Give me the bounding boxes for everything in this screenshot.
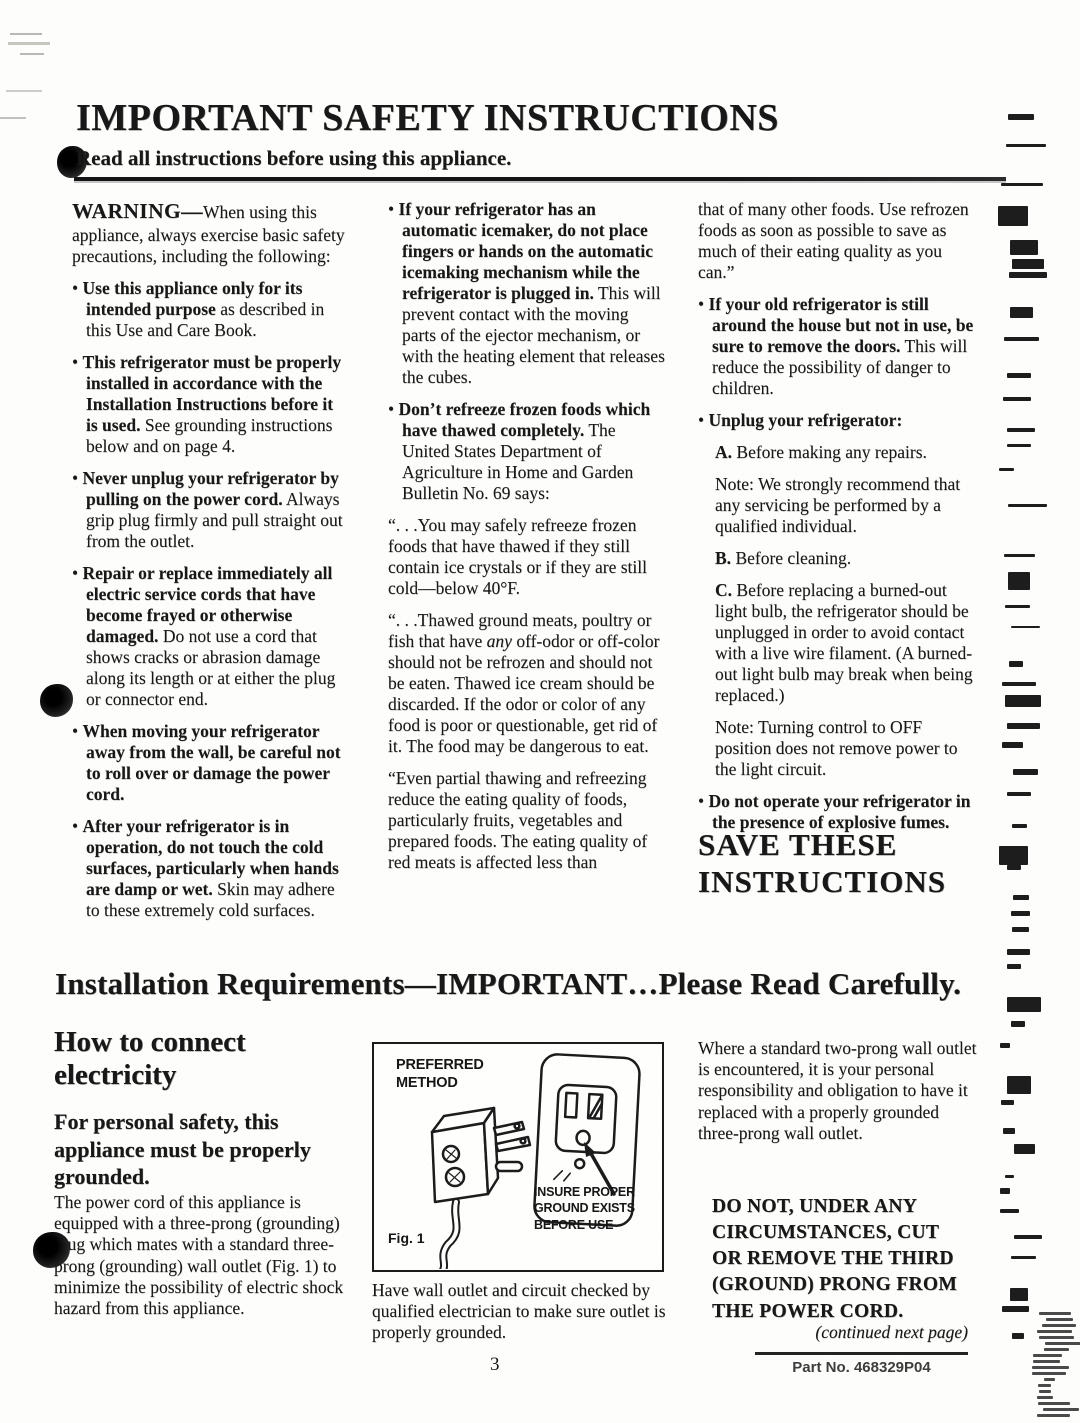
manual-page: IMPORTANT SAFETY INSTRUCTIONS Read all i… bbox=[0, 0, 1080, 1423]
how-to-connect-heading: How to connect electricity bbox=[54, 1026, 274, 1093]
figure-caption: Fig. 1 bbox=[388, 1230, 425, 1246]
safety-paragraph: “. . .Thawed ground meats, poultry or fi… bbox=[388, 610, 666, 757]
safety-paragraph: C. Before replacing a burned-out light b… bbox=[715, 580, 974, 706]
safety-paragraph: • Use this appliance only for its intend… bbox=[72, 278, 346, 341]
header-divider bbox=[74, 177, 1006, 181]
safety-paragraph: • This refrigerator must be properly ins… bbox=[72, 352, 346, 457]
scan-artifact bbox=[10, 33, 42, 35]
scan-artifact bbox=[0, 117, 26, 119]
ink-smudge bbox=[40, 684, 73, 717]
scan-artifact bbox=[6, 90, 42, 92]
grounding-body-text: The power cord of this appliance is equi… bbox=[54, 1192, 368, 1319]
safety-paragraph: • When moving your refrigerator away fro… bbox=[72, 721, 346, 805]
safety-column-right: that of many other foods. Use refrozen f… bbox=[698, 199, 974, 844]
safety-paragraph: Note: Turning control to OFF position do… bbox=[715, 717, 974, 780]
safety-paragraph: • If your old refrigerator is still arou… bbox=[698, 294, 974, 399]
safety-paragraph: that of many other foods. Use refrozen f… bbox=[698, 199, 974, 283]
scan-noise-bottom-right bbox=[1032, 1312, 1078, 1420]
figure-note-text: Have wall outlet and circuit checked by … bbox=[372, 1280, 672, 1344]
page-title: IMPORTANT SAFETY INSTRUCTIONS bbox=[76, 96, 779, 140]
safety-paragraph: “Even partial thawing and refreezing red… bbox=[388, 768, 666, 873]
installation-section-heading: Installation Requirements—IMPORTANT…Plea… bbox=[55, 966, 1015, 1002]
safety-paragraph: B. Before cleaning. bbox=[715, 548, 974, 569]
save-instructions-heading: SAVE THESE INSTRUCTIONS bbox=[698, 826, 988, 900]
safety-paragraph: • Repair or replace immediately all elec… bbox=[72, 563, 346, 710]
two-prong-outlet-body-text: Where a standard two-prong wall outlet i… bbox=[698, 1038, 982, 1144]
figure-label-preferred-method: PREFERRED METHOD bbox=[396, 1056, 496, 1092]
safety-paragraph: • Unplug your refrigerator: bbox=[698, 410, 974, 431]
page-subtitle: Read all instructions before using this … bbox=[76, 146, 511, 171]
safety-paragraph: • Never unplug your refrigerator by pull… bbox=[72, 468, 346, 552]
figure-label-insure-ground: INSURE PROPER GROUND EXISTS BEFORE USE bbox=[534, 1184, 652, 1233]
safety-paragraph: Note: We strongly recommend that any ser… bbox=[715, 474, 974, 537]
scan-artifact bbox=[8, 42, 50, 45]
safety-paragraph: “. . .You may safely refreeze frozen foo… bbox=[388, 515, 666, 599]
scan-artifact bbox=[20, 53, 44, 55]
part-number: Part No. 468329P04 bbox=[755, 1359, 968, 1376]
continued-next-page-note: (continued next page) bbox=[700, 1322, 968, 1343]
grounding-subheading: For personal safety, this appliance must… bbox=[54, 1108, 322, 1191]
safety-paragraph: WARNING—When using this appliance, alway… bbox=[72, 199, 346, 267]
safety-paragraph: • Don’t refreeze frozen foods which have… bbox=[388, 399, 666, 504]
safety-paragraph: • If your refrigerator has an automatic … bbox=[388, 199, 666, 388]
safety-column-left: WARNING—When using this appliance, alway… bbox=[72, 199, 346, 932]
do-not-cut-prong-warning: DO NOT, UNDER ANY CIRCUMSTANCES, CUT OR … bbox=[712, 1194, 970, 1325]
figure-1: PREFERRED METHOD INSURE PROPER GROUND EX… bbox=[372, 1042, 664, 1272]
scan-noise-right bbox=[998, 104, 1054, 1354]
footer-divider bbox=[755, 1352, 968, 1355]
safety-paragraph: • After your refrigerator is in operatio… bbox=[72, 816, 346, 921]
safety-paragraph: A. Before making any repairs. bbox=[715, 442, 974, 463]
safety-column-middle: • If your refrigerator has an automatic … bbox=[388, 199, 666, 884]
page-number: 3 bbox=[490, 1354, 500, 1376]
